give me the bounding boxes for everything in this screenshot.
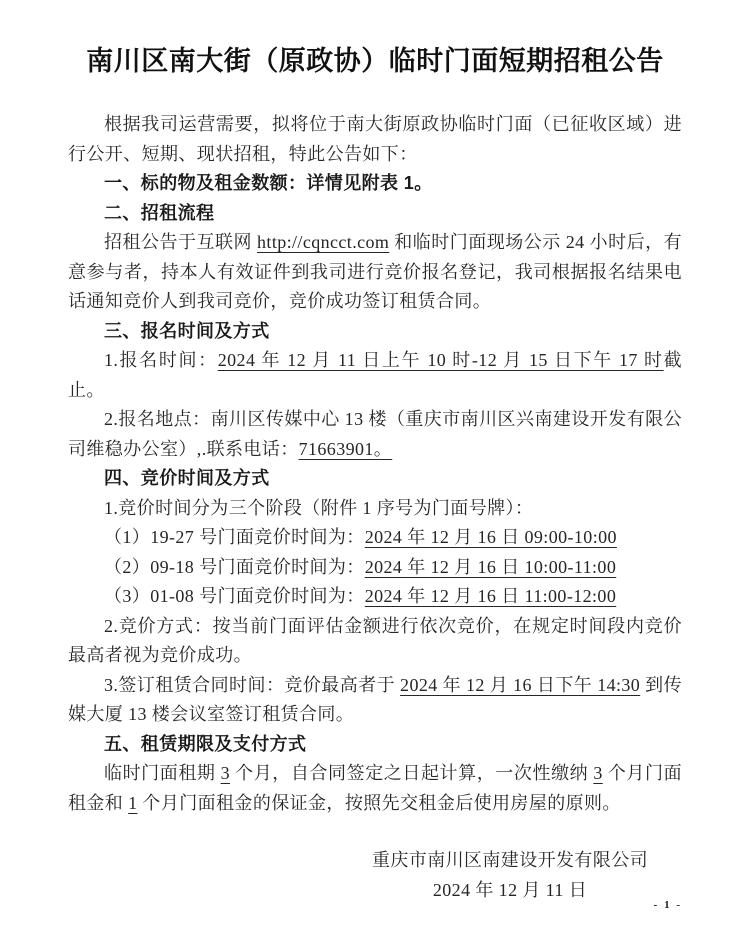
phase-3-time: 2024 年 12 月 16 日 11:00-12:00 bbox=[365, 586, 617, 606]
registration-time-label: 1.报名时间： bbox=[104, 350, 218, 370]
announcement-url-link[interactable]: http://cqncct.com bbox=[257, 232, 389, 252]
phase-2-label: （2）09-18 号门面竞价时间为： bbox=[104, 557, 365, 577]
bidding-phase-1: （1）19-27 号门面竞价时间为：2024 年 12 月 16 日 09:00… bbox=[68, 523, 682, 553]
registration-time-value: 2024 年 12 月 11 日上午 10 时-12 月 15 日下午 17 时 bbox=[218, 350, 664, 370]
deposit-months-value: 1 bbox=[128, 793, 137, 813]
contract-signing-time: 2024 年 12 月 16 日下午 14:30 bbox=[400, 675, 640, 695]
intro-text: 根据我司运营需要，拟将位于南大街原政协临时门面（已征收区域）进行公开、短期、现状… bbox=[68, 114, 682, 164]
lease-terms-paragraph: 临时门面租期 3 个月，自合同签定之日起计算，一次性缴纳 3 个月门面租金和 1… bbox=[68, 759, 682, 818]
prepaid-months-value: 3 bbox=[593, 763, 602, 783]
section-1-heading: 一、标的物及租金数额：详情见附表 1。 bbox=[68, 169, 682, 199]
phase-2-time: 2024 年 12 月 16 日 10:00-11:00 bbox=[365, 557, 617, 577]
section-5-heading: 五、租赁期限及支付方式 bbox=[68, 730, 682, 760]
section-2-heading: 二、招租流程 bbox=[68, 199, 682, 229]
intro-paragraph: 根据我司运营需要，拟将位于南大街原政协临时门面（已征收区域）进行公开、短期、现状… bbox=[68, 110, 682, 169]
bidding-phase-2: （2）09-18 号门面竞价时间为：2024 年 12 月 16 日 10:00… bbox=[68, 553, 682, 583]
signature-date: 2024 年 12 月 11 日 bbox=[372, 875, 648, 905]
registration-place-line: 2.报名地点：南川区传媒中心 13 楼（重庆市南川区兴南建设开发有限公司维稳办公… bbox=[68, 405, 682, 464]
lease-months-value: 3 bbox=[221, 763, 230, 783]
contract-signing-pre: 3.签订租赁合同时间：竞价最高者于 bbox=[104, 675, 400, 695]
section-2-body: 招租公告于互联网 http://cqncct.com 和临时门面现场公示 24 … bbox=[68, 228, 682, 317]
page-number: - 1 - bbox=[654, 899, 682, 911]
document-title: 南川区南大街（原政协）临时门面短期招租公告 bbox=[68, 40, 682, 82]
section-4-heading: 四、竞价时间及方式 bbox=[68, 464, 682, 494]
signature-block: 重庆市南川区南建设开发有限公司 2024 年 12 月 11 日 bbox=[372, 845, 648, 905]
phase-3-label: （3）01-08 号门面竞价时间为： bbox=[104, 586, 365, 606]
bidding-method-line: 2.竞价方式：按当前门面评估金额进行依次竞价，在规定时间段内竞价最高者视为竞价成… bbox=[68, 612, 682, 671]
signature-company: 重庆市南川区南建设开发有限公司 bbox=[372, 845, 648, 875]
bidding-phase-3: （3）01-08 号门面竞价时间为：2024 年 12 月 16 日 11:00… bbox=[68, 582, 682, 612]
lease-seg-4: 个月门面租金的保证金，按照先交租金后使用房屋的原则。 bbox=[138, 793, 621, 813]
registration-time-line: 1.报名时间：2024 年 12 月 11 日上午 10 时-12 月 15 日… bbox=[68, 346, 682, 405]
contact-phone-number: 71663901。 bbox=[299, 439, 393, 459]
lease-seg-2: 个月，自合同签定之日起计算，一次性缴纳 bbox=[230, 763, 593, 783]
section-2-text-pre: 招租公告于互联网 bbox=[104, 232, 257, 252]
bidding-phases-intro: 1.竞价时间分为三个阶段（附件 1 序号为门面号牌）： bbox=[68, 494, 682, 524]
contract-signing-line: 3.签订租赁合同时间：竞价最高者于 2024 年 12 月 16 日下午 14:… bbox=[68, 671, 682, 730]
document-page: 南川区南大街（原政协）临时门面短期招租公告 根据我司运营需要，拟将位于南大街原政… bbox=[0, 0, 750, 951]
section-3-heading: 三、报名时间及方式 bbox=[68, 317, 682, 347]
phase-1-label: （1）19-27 号门面竞价时间为： bbox=[104, 527, 365, 547]
lease-seg-1: 临时门面租期 bbox=[104, 763, 221, 783]
phase-1-time: 2024 年 12 月 16 日 09:00-10:00 bbox=[365, 527, 617, 547]
